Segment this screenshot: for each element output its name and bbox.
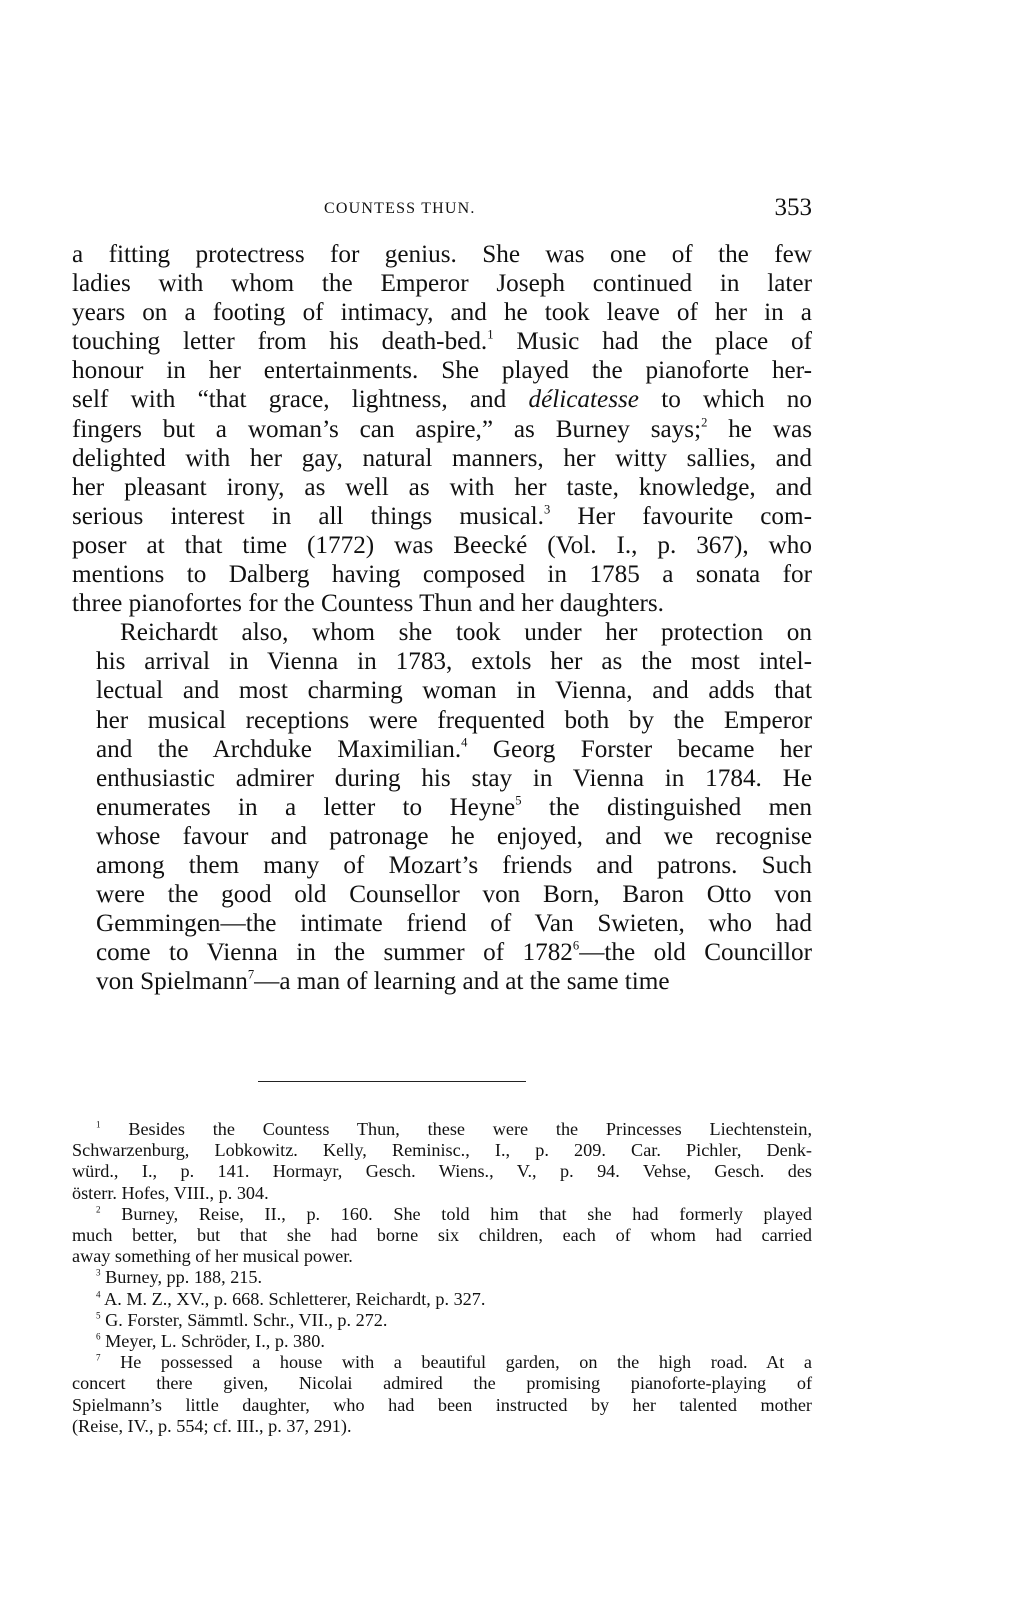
footnote-line: (Reise, IV., p. 554; cf. III., p. 37, 29…: [72, 1416, 812, 1437]
text-line: and the Archduke Maximilian.4 Georg Fors…: [72, 735, 812, 764]
running-title: COUNTESS THUN.: [324, 200, 476, 218]
text-line: mentions to Dalberg having composed in 1…: [72, 560, 812, 589]
footnote-reference: 3: [544, 502, 550, 516]
footnote-line: Spielmann’s little daughter, who had bee…: [72, 1395, 812, 1416]
footnote-1: 1 Besides the Countess Thun, these were …: [72, 1119, 812, 1204]
footnote-line: concert there given, Nicolai admired the…: [72, 1373, 812, 1394]
text-line: come to Vienna in the summer of 17826—th…: [72, 938, 812, 967]
text-line: enthusiastic admirer during his stay in …: [72, 764, 812, 793]
footnote-line: 2 Burney, Reise, II., p. 160. She told h…: [72, 1204, 812, 1225]
text-line: Reichardt also, whom she took under her …: [72, 618, 812, 647]
footnote-7: 7 He possessed a house with a beautiful …: [72, 1352, 812, 1437]
footnote-6: 6 Meyer, L. Schröder, I., p. 380.: [72, 1331, 812, 1352]
footnotes: 1 Besides the Countess Thun, these were …: [72, 1119, 812, 1437]
footnote-reference: 7: [248, 968, 254, 982]
running-head: COUNTESS THUN. 353: [72, 194, 812, 224]
footnote-separator-rule: [258, 1081, 526, 1082]
text-line: a fitting protectress for genius. She wa…: [72, 240, 812, 269]
text-line: Gemmingen—the intimate friend of Van Swi…: [72, 909, 812, 938]
text-line: lectual and most charming woman in Vienn…: [72, 676, 812, 705]
paragraph: Reichardt also, whom she took under her …: [72, 618, 812, 996]
footnote-marker: 5: [96, 1310, 101, 1320]
text-line: her musical receptions were frequented b…: [72, 706, 812, 735]
page-number: 353: [775, 194, 813, 222]
footnote-line: 1 Besides the Countess Thun, these were …: [72, 1119, 812, 1140]
footnote-line: away something of her musical power.: [72, 1246, 812, 1267]
footnote-5: 5 G. Forster, Sämmtl. Schr., VII., p. 27…: [72, 1310, 812, 1331]
footnote-line: österr. Hofes, VIII., p. 304.: [72, 1183, 812, 1204]
footnote-marker: 4: [96, 1289, 101, 1299]
footnote-4: 4 A. M. Z., XV., p. 668. Schletterer, Re…: [72, 1289, 812, 1310]
footnote-line: 4 A. M. Z., XV., p. 668. Schletterer, Re…: [72, 1289, 812, 1310]
text-line: his arrival in Vienna in 1783, extols he…: [72, 647, 812, 676]
footnote-line: 5 G. Forster, Sämmtl. Schr., VII., p. 27…: [72, 1310, 812, 1331]
footnote-2: 2 Burney, Reise, II., p. 160. She told h…: [72, 1204, 812, 1268]
text-line: serious interest in all things musical.3…: [72, 502, 812, 531]
text-line: honour in her entertainments. She played…: [72, 356, 812, 385]
text-line: years on a footing of intimacy, and he t…: [72, 298, 812, 327]
footnote-reference: 6: [573, 939, 579, 953]
footnote-marker: 3: [96, 1268, 101, 1278]
text-line: whose favour and patronage he enjoyed, a…: [72, 822, 812, 851]
footnote-marker: 2: [96, 1204, 101, 1214]
footnote-line: würd., I., p. 141. Hormayr, Gesch. Wiens…: [72, 1161, 812, 1182]
text-line: among them many of Mozart’s friends and …: [72, 851, 812, 880]
text-line: fingers but a woman’s can aspire,” as Bu…: [72, 415, 812, 444]
text-line: von Spielmann7—a man of learning and at …: [72, 967, 812, 996]
body-text: a fitting protectress for genius. She wa…: [72, 240, 812, 996]
footnote-marker: 7: [96, 1353, 101, 1363]
text-line: three pianofortes for the Countess Thun …: [72, 589, 812, 618]
paragraph: a fitting protectress for genius. She wa…: [72, 240, 812, 618]
text-line: were the good old Counsellor von Born, B…: [72, 880, 812, 909]
footnote-line: 3 Burney, pp. 188, 215.: [72, 1267, 812, 1288]
footnote-marker: 6: [96, 1331, 101, 1341]
footnote-marker: 1: [96, 1119, 101, 1129]
footnote-reference: 2: [701, 415, 707, 429]
text-line: poser at that time (1772) was Beecké (Vo…: [72, 531, 812, 560]
footnote-line: 6 Meyer, L. Schröder, I., p. 380.: [72, 1331, 812, 1352]
text-line: touching letter from his death-bed.1 Mus…: [72, 327, 812, 356]
text-line: ladies with whom the Emperor Joseph cont…: [72, 269, 812, 298]
footnote-line: 7 He possessed a house with a beautiful …: [72, 1352, 812, 1373]
footnote-reference: 1: [487, 328, 493, 342]
footnote-3: 3 Burney, pp. 188, 215.: [72, 1267, 812, 1288]
footnote-reference: 4: [461, 735, 467, 749]
text-line: delighted with her gay, natural manners,…: [72, 444, 812, 473]
text-line: self with “that grace, lightness, and dé…: [72, 385, 812, 414]
italic-term: délicatesse: [528, 386, 639, 413]
footnote-line: much better, but that she had borne six …: [72, 1225, 812, 1246]
footnote-line: Schwarzenburg, Lobkowitz. Kelly, Reminis…: [72, 1140, 812, 1161]
text-line: her pleasant irony, as well as with her …: [72, 473, 812, 502]
footnote-reference: 5: [515, 793, 521, 807]
text-line: enumerates in a letter to Heyne5 the dis…: [72, 793, 812, 822]
